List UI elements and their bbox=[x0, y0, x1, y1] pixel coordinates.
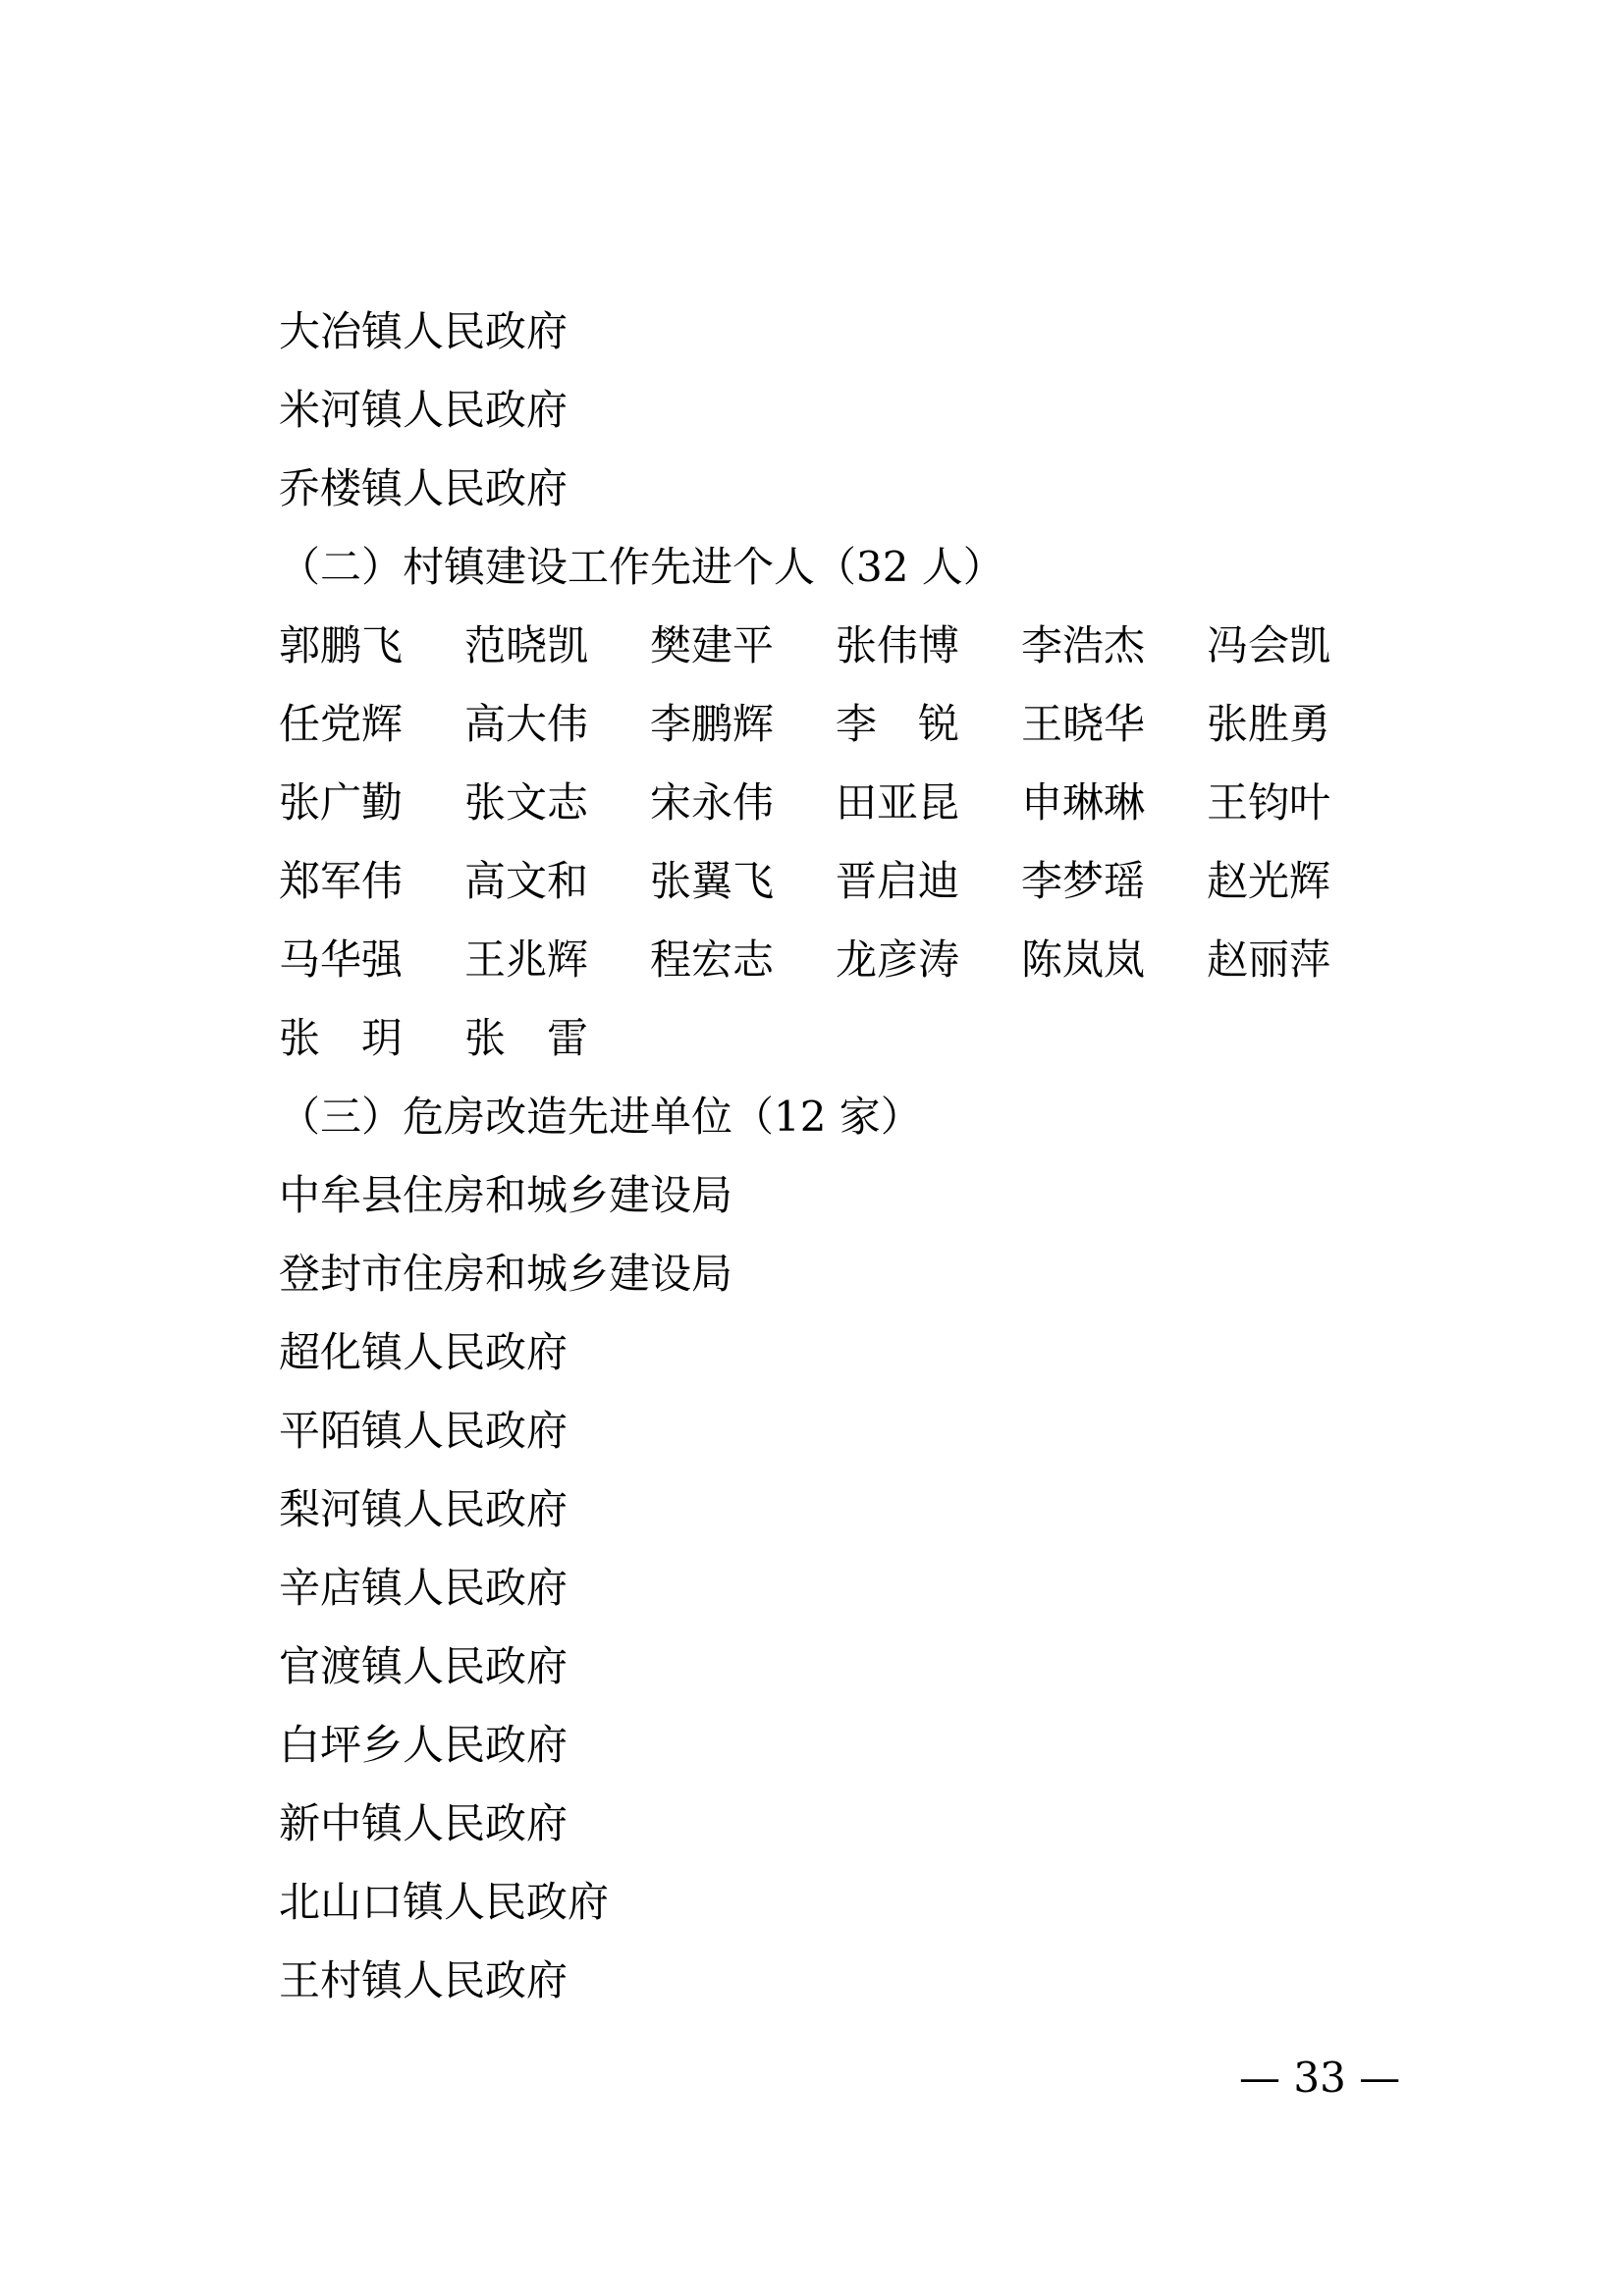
name-row: 马华强王兆辉程宏志龙彦涛陈岚岚赵丽萍 bbox=[196, 921, 1434, 999]
name-row: 任党辉高大伟李鹏辉李 锐王晓华张胜勇 bbox=[196, 685, 1434, 764]
person-name: 张 雷 bbox=[464, 999, 589, 1078]
person-name: 李浩杰 bbox=[1021, 607, 1146, 685]
person-name: 赵光辉 bbox=[1207, 842, 1331, 921]
person-name: 张 玥 bbox=[279, 999, 404, 1078]
person-name: 张胜勇 bbox=[1207, 685, 1331, 764]
unit-name: 大冶镇人民政府 bbox=[196, 293, 1434, 371]
person-name: 赵丽萍 bbox=[1207, 921, 1331, 999]
name-row: 郭鹏飞范晓凯樊建平张伟博李浩杰冯会凯 bbox=[196, 607, 1434, 685]
person-name: 王钧叶 bbox=[1207, 764, 1331, 842]
section-heading: （三）危房改造先进单位（12 家） bbox=[196, 1078, 1434, 1156]
person-name: 马华强 bbox=[279, 921, 404, 999]
person-name: 李 锐 bbox=[836, 685, 960, 764]
unit-name: 超化镇人民政府 bbox=[196, 1313, 1434, 1392]
person-name: 李鹏辉 bbox=[650, 685, 775, 764]
unit-name: 梨河镇人民政府 bbox=[196, 1470, 1434, 1549]
unit-name: 白坪乡人民政府 bbox=[196, 1706, 1434, 1785]
unit-name: 王村镇人民政府 bbox=[196, 1942, 1434, 2020]
person-name: 晋启迪 bbox=[836, 842, 960, 921]
person-name: 张广勤 bbox=[279, 764, 404, 842]
person-name: 冯会凯 bbox=[1207, 607, 1331, 685]
person-name: 李梦瑶 bbox=[1021, 842, 1146, 921]
person-name: 程宏志 bbox=[650, 921, 775, 999]
person-name: 田亚昆 bbox=[836, 764, 960, 842]
unit-name: 辛店镇人民政府 bbox=[196, 1549, 1434, 1628]
unit-name: 登封市住房和城乡建设局 bbox=[196, 1235, 1434, 1313]
person-name: 郑军伟 bbox=[279, 842, 404, 921]
person-name: 龙彦涛 bbox=[836, 921, 960, 999]
page-number: — 33 — bbox=[1239, 2054, 1400, 2103]
person-name: 宋永伟 bbox=[650, 764, 775, 842]
name-row: 张 玥张 雷 bbox=[196, 999, 1434, 1078]
unit-name: 乔楼镇人民政府 bbox=[196, 450, 1434, 528]
name-row: 张广勤张文志宋永伟田亚昆申琳琳王钧叶 bbox=[196, 764, 1434, 842]
person-name: 王晓华 bbox=[1021, 685, 1146, 764]
person-name: 张伟博 bbox=[836, 607, 960, 685]
person-name: 任党辉 bbox=[279, 685, 404, 764]
unit-name: 官渡镇人民政府 bbox=[196, 1628, 1434, 1706]
unit-name: 米河镇人民政府 bbox=[196, 371, 1434, 450]
person-name: 王兆辉 bbox=[464, 921, 589, 999]
name-row: 郑军伟高文和张翼飞晋启迪李梦瑶赵光辉 bbox=[196, 842, 1434, 921]
person-name: 樊建平 bbox=[650, 607, 775, 685]
person-name: 张文志 bbox=[464, 764, 589, 842]
unit-name: 新中镇人民政府 bbox=[196, 1785, 1434, 1863]
person-name: 高大伟 bbox=[464, 685, 589, 764]
person-name: 范晓凯 bbox=[464, 607, 589, 685]
document-body: 大冶镇人民政府米河镇人民政府乔楼镇人民政府（二）村镇建设工作先进个人（32 人）… bbox=[196, 293, 1434, 2020]
unit-name: 中牟县住房和城乡建设局 bbox=[196, 1156, 1434, 1235]
unit-name: 平陌镇人民政府 bbox=[196, 1392, 1434, 1470]
section-heading: （二）村镇建设工作先进个人（32 人） bbox=[196, 528, 1434, 607]
unit-name: 北山口镇人民政府 bbox=[196, 1863, 1434, 1942]
document-page: 大冶镇人民政府米河镇人民政府乔楼镇人民政府（二）村镇建设工作先进个人（32 人）… bbox=[0, 0, 1624, 2296]
person-name: 陈岚岚 bbox=[1021, 921, 1146, 999]
person-name: 申琳琳 bbox=[1021, 764, 1146, 842]
person-name: 郭鹏飞 bbox=[279, 607, 404, 685]
person-name: 张翼飞 bbox=[650, 842, 775, 921]
person-name: 高文和 bbox=[464, 842, 589, 921]
